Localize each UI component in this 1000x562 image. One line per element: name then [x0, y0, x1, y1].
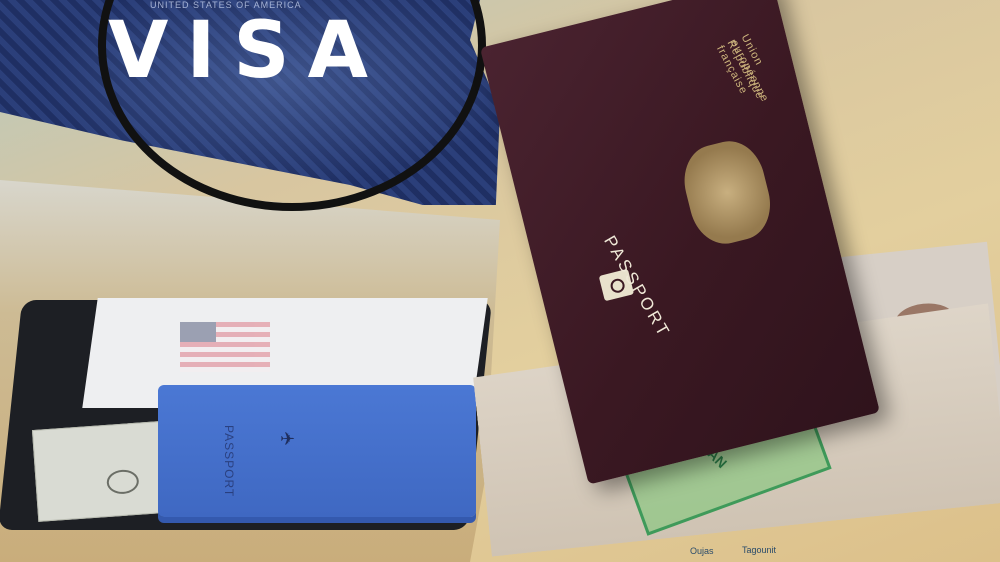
us-flag	[180, 322, 270, 372]
treasury-seal-icon	[106, 469, 140, 495]
visa-headline: VISA	[108, 6, 386, 96]
airplane-icon: ✈	[280, 429, 295, 450]
wallet-label: PASSPORT	[222, 425, 236, 497]
map-label: Oujas	[690, 546, 714, 556]
photo-collage: Tagounit Oujas PASSPORT ✈ UNITED STATES …	[0, 0, 1000, 562]
blue-passport-wallet: PASSPORT ✈	[158, 385, 476, 517]
map-label: Tagounit	[742, 545, 776, 555]
coat-of-arms-icon	[676, 134, 778, 250]
